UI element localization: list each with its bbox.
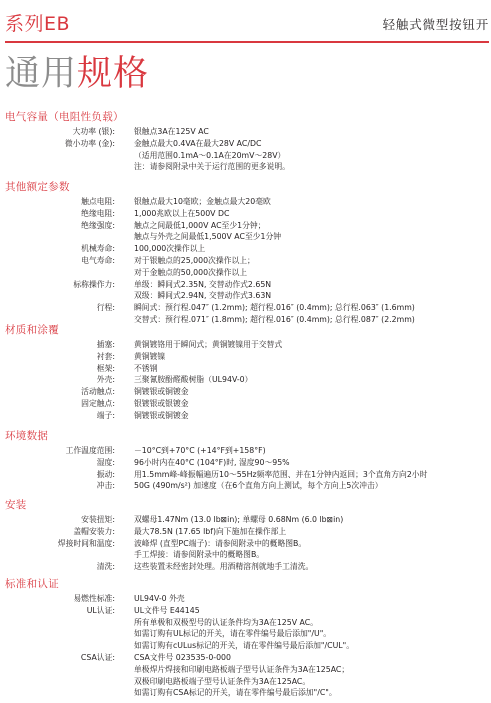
spec-row: 如需订购有CSA标记的开关，请在零件编号最后添加"/C"。 xyxy=(5,687,491,699)
spec-row: 绝缘强度:触点之间最低1,000V AC至少1分钟； xyxy=(5,220,491,232)
spec-row: 触点电阻:银触点最大10毫欧；金触点最大20毫欧 xyxy=(5,196,491,208)
spec-label: 插塞: xyxy=(97,339,115,351)
spec-value: 50G (490m/s²) 加速度（在6个直角方向上测试，每个方向上5次冲击） xyxy=(134,480,383,492)
page-title: 通用规格 xyxy=(5,52,149,96)
spec-row: 机械寿命:100,000次操作以上 xyxy=(5,243,491,255)
spec-label: 框架: xyxy=(97,363,115,375)
spec-value: 手工焊接：请参阅附录中的概略图B。 xyxy=(134,549,264,561)
spec-label: 机械寿命: xyxy=(81,243,115,255)
spec-row: 如需订购有cULus标记的开关，请在零件编号最后添加"/CUL"。 xyxy=(5,640,491,652)
spec-row: 标称操作力:单级：瞬间式2.35N, 交替动作式2.65N xyxy=(5,279,491,291)
spec-label: 焊接时间和温度: xyxy=(58,538,115,550)
spec-value: 如需订购有UL标记的开关，请在零件编号最后添加"/U"。 xyxy=(134,628,331,640)
spec-value: 波峰焊 (直型PC端子)：请参阅附录中的概略图B。 xyxy=(134,538,306,550)
spec-label: 安装扭矩: xyxy=(81,514,115,526)
spec-row: 焊接时间和温度:波峰焊 (直型PC端子)：请参阅附录中的概略图B。 xyxy=(5,538,491,550)
spec-label: 外壳: xyxy=(97,374,115,386)
spec-value: 触点之间最低1,000V AC至少1分钟； xyxy=(134,220,266,232)
spec-row: 如需订购有UL标记的开关，请在零件编号最后添加"/U"。 xyxy=(5,628,491,640)
spec-row: 对于金触点的50,000次操作以上 xyxy=(5,267,491,279)
section-environmental-data: 环境数据工作温度范围:－10°C到+70°C (+14°F到+158°F)湿度:… xyxy=(5,429,491,492)
spec-value: 黄铜镀铬用于瞬间式；黄铜镀镍用于交替式 xyxy=(134,339,282,351)
spec-value: 铜镀银或铜镀金 xyxy=(134,410,189,422)
spec-label: 冲击: xyxy=(97,480,115,492)
spec-value: 双螺母1.47Nm (13.0 lb⊠in); 单螺母 0.68Nm (6.0 … xyxy=(134,514,343,526)
spec-value: 注：请参阅附录中关于运行范围的更多说明。 xyxy=(134,161,290,173)
spec-value: 黄铜镀镍 xyxy=(134,351,165,363)
spec-value: 铜镀银或铜镀金 xyxy=(134,386,189,398)
header-divider xyxy=(5,41,489,43)
section-title: 安装 xyxy=(5,498,491,512)
spec-value: 单级：瞬间式2.35N, 交替动作式2.65N xyxy=(134,279,271,291)
spec-row: 外壳:三聚氰胺酚醛酸树脂（UL94V-0） xyxy=(5,374,491,386)
spec-value: 1,000兆欧以上在500V DC xyxy=(134,208,229,220)
spec-row: 触点与外壳之间最低1,500V AC至少1分钟 xyxy=(5,231,491,243)
spec-row: 安装扭矩:双螺母1.47Nm (13.0 lb⊠in); 单螺母 0.68Nm … xyxy=(5,514,491,526)
spec-label: 工作温度范围: xyxy=(66,445,115,457)
spec-row: 注：请参阅附录中关于运行范围的更多说明。 xyxy=(5,161,491,173)
section-electrical-capacity: 电气容量（电阻性负载）大功率 (银):银触点3A在125V AC微小功率 (金)… xyxy=(5,110,491,173)
spec-value: 三聚氰胺酚醛酸树脂（UL94V-0） xyxy=(134,374,252,386)
spec-row: 手工焊接：请参阅附录中的概略图B。 xyxy=(5,549,491,561)
spec-label: 行程: xyxy=(97,302,115,314)
section-title: 环境数据 xyxy=(5,429,491,443)
spec-row: 插塞:黄铜镀铬用于瞬间式；黄铜镀镍用于交替式 xyxy=(5,339,491,351)
spec-label: 微小功率 (金): xyxy=(65,138,115,150)
spec-label: 振动: xyxy=(97,469,115,481)
section-other-ratings: 其他额定参数触点电阻:银触点最大10毫欧；金触点最大20毫欧绝缘电阻:1,000… xyxy=(5,180,491,326)
spec-row: 盖帽安装力:最大78.5N (17.65 lbf)向下施加在操作部上 xyxy=(5,526,491,538)
spec-label: 湿度: xyxy=(97,457,115,469)
spec-value: 银镀银或银镀金 xyxy=(134,398,189,410)
section-title: 电气容量（电阻性负载） xyxy=(5,110,491,124)
section-standards-certifications: 标准和认证易燃性标准:UL94V-0 外壳UL认证:UL文件号 E44145所有… xyxy=(5,577,491,699)
spec-label: 活动触点: xyxy=(81,386,115,398)
spec-row: （适用范围0.1mA～0.1A在20mV～28V） xyxy=(5,150,491,162)
spec-value: 用1.5mm峰-峰振幅遍历10～55Hz频率范围、并在1分钟内返回；3个直角方向… xyxy=(134,469,427,481)
spec-value: UL94V-0 外壳 xyxy=(134,593,185,605)
spec-value: 最大78.5N (17.65 lbf)向下施加在操作部上 xyxy=(134,526,286,538)
spec-label: 绝缘强度: xyxy=(81,220,115,232)
spec-row: 工作温度范围:－10°C到+70°C (+14°F到+158°F) xyxy=(5,445,491,457)
spec-row: 双级：瞬间式2.94N, 交替动作式3.63N xyxy=(5,290,491,302)
spec-value: 对于银触点的25,000次操作以上； xyxy=(134,255,255,267)
section-title: 材质和涂覆 xyxy=(5,323,491,337)
spec-value: （适用范围0.1mA～0.1A在20mV～28V） xyxy=(134,150,285,162)
spec-row: 电气寿命:对于银触点的25,000次操作以上； xyxy=(5,255,491,267)
spec-value: 银触点3A在125V AC xyxy=(134,126,209,138)
spec-row: 活动触点:铜镀银或铜镀金 xyxy=(5,386,491,398)
spec-value: 单极焊片焊接和印刷电路板端子型号认证条件为3A在125AC； xyxy=(134,664,349,676)
spec-label: CSA认证: xyxy=(81,652,115,664)
spec-row: 双极印刷电路板端子型号认证条件为3A在125AC。 xyxy=(5,676,491,688)
spec-row: 固定触点:银镀银或银镀金 xyxy=(5,398,491,410)
spec-value: 对于金触点的50,000次操作以上 xyxy=(134,267,247,279)
spec-value: 如需订购有cULus标记的开关，请在零件编号最后添加"/CUL"。 xyxy=(134,640,354,652)
spec-value: －10°C到+70°C (+14°F到+158°F) xyxy=(134,445,266,457)
spec-label: 绝缘电阻: xyxy=(81,208,115,220)
section-installation: 安装安装扭矩:双螺母1.47Nm (13.0 lb⊠in); 单螺母 0.68N… xyxy=(5,498,491,573)
page-title-part1: 通用 xyxy=(5,54,77,94)
spec-label: 固定触点: xyxy=(81,398,115,410)
spec-value: 96小时内在40°C (104°F)时, 湿度90～95% xyxy=(134,457,290,469)
spec-value: 双极印刷电路板端子型号认证条件为3A在125AC。 xyxy=(134,676,310,688)
spec-row: 行程:瞬间式：预行程.047″ (1.2mm); 超行程.016″ (0.4mm… xyxy=(5,302,491,314)
spec-value: 100,000次操作以上 xyxy=(134,243,205,255)
spec-value: 触点与外壳之间最低1,500V AC至少1分钟 xyxy=(134,231,281,243)
spec-value: 银触点最大10毫欧；金触点最大20毫欧 xyxy=(134,196,271,208)
spec-value: 这些装置未经密封处理。用酒精溶剂就地手工清洗。 xyxy=(134,561,313,573)
spec-value: 金触点最大0.4VA在最大28V AC/DC xyxy=(134,138,261,150)
product-title: 轻触式微型按钮开 xyxy=(383,16,489,34)
spec-row: 易燃性标准:UL94V-0 外壳 xyxy=(5,593,491,605)
page-title-part2: 规格 xyxy=(77,54,149,94)
section-materials-finishes: 材质和涂覆插塞:黄铜镀铬用于瞬间式；黄铜镀镍用于交替式衬套:黄铜镀镍框架:不锈钢… xyxy=(5,323,491,422)
spec-label: 标称操作力: xyxy=(73,279,115,291)
section-title: 其他额定参数 xyxy=(5,180,491,194)
spec-value: 所有单极和双极型号的认证条件均为3A在125V AC。 xyxy=(134,617,318,629)
spec-row: 所有单极和双极型号的认证条件均为3A在125V AC。 xyxy=(5,617,491,629)
spec-row: 冲击:50G (490m/s²) 加速度（在6个直角方向上测试，每个方向上5次冲… xyxy=(5,480,491,492)
spec-label: 衬套: xyxy=(97,351,115,363)
section-title: 标准和认证 xyxy=(5,577,491,591)
spec-value: CSA文件号 023535-0-000 xyxy=(134,652,231,664)
spec-row: 大功率 (银):银触点3A在125V AC xyxy=(5,126,491,138)
spec-row: 清洗:这些装置未经密封处理。用酒精溶剂就地手工清洗。 xyxy=(5,561,491,573)
spec-row: 端子:铜镀银或铜镀金 xyxy=(5,410,491,422)
spec-row: 衬套:黄铜镀镍 xyxy=(5,351,491,363)
spec-label: 易燃性标准: xyxy=(73,593,115,605)
spec-row: 湿度:96小时内在40°C (104°F)时, 湿度90～95% xyxy=(5,457,491,469)
spec-value: 双级：瞬间式2.94N, 交替动作式3.63N xyxy=(134,290,271,302)
spec-label: 触点电阻: xyxy=(81,196,115,208)
spec-row: 单极焊片焊接和印刷电路板端子型号认证条件为3A在125AC； xyxy=(5,664,491,676)
spec-value: 瞬间式：预行程.047″ (1.2mm); 超行程.016″ (0.4mm); … xyxy=(134,302,415,314)
spec-row: 框架:不锈钢 xyxy=(5,363,491,375)
spec-label: 端子: xyxy=(97,410,115,422)
spec-value: UL文件号 E44145 xyxy=(134,605,200,617)
spec-label: 电气寿命: xyxy=(81,255,115,267)
spec-label: 清洗: xyxy=(97,561,115,573)
spec-value: 如需订购有CSA标记的开关，请在零件编号最后添加"/C"。 xyxy=(134,687,337,699)
spec-row: 振动:用1.5mm峰-峰振幅遍历10～55Hz频率范围、并在1分钟内返回；3个直… xyxy=(5,469,491,481)
spec-row: UL认证:UL文件号 E44145 xyxy=(5,605,491,617)
spec-label: 大功率 (银): xyxy=(73,126,115,138)
spec-row: 微小功率 (金):金触点最大0.4VA在最大28V AC/DC xyxy=(5,138,491,150)
spec-value: 不锈钢 xyxy=(134,363,157,375)
spec-row: CSA认证:CSA文件号 023535-0-000 xyxy=(5,652,491,664)
series-title: 系列EB xyxy=(5,10,70,38)
spec-label: 盖帽安装力: xyxy=(73,526,115,538)
spec-label: UL认证: xyxy=(87,605,115,617)
page-header: 系列EB 轻触式微型按钮开 xyxy=(5,10,489,42)
spec-row: 绝缘电阻:1,000兆欧以上在500V DC xyxy=(5,208,491,220)
